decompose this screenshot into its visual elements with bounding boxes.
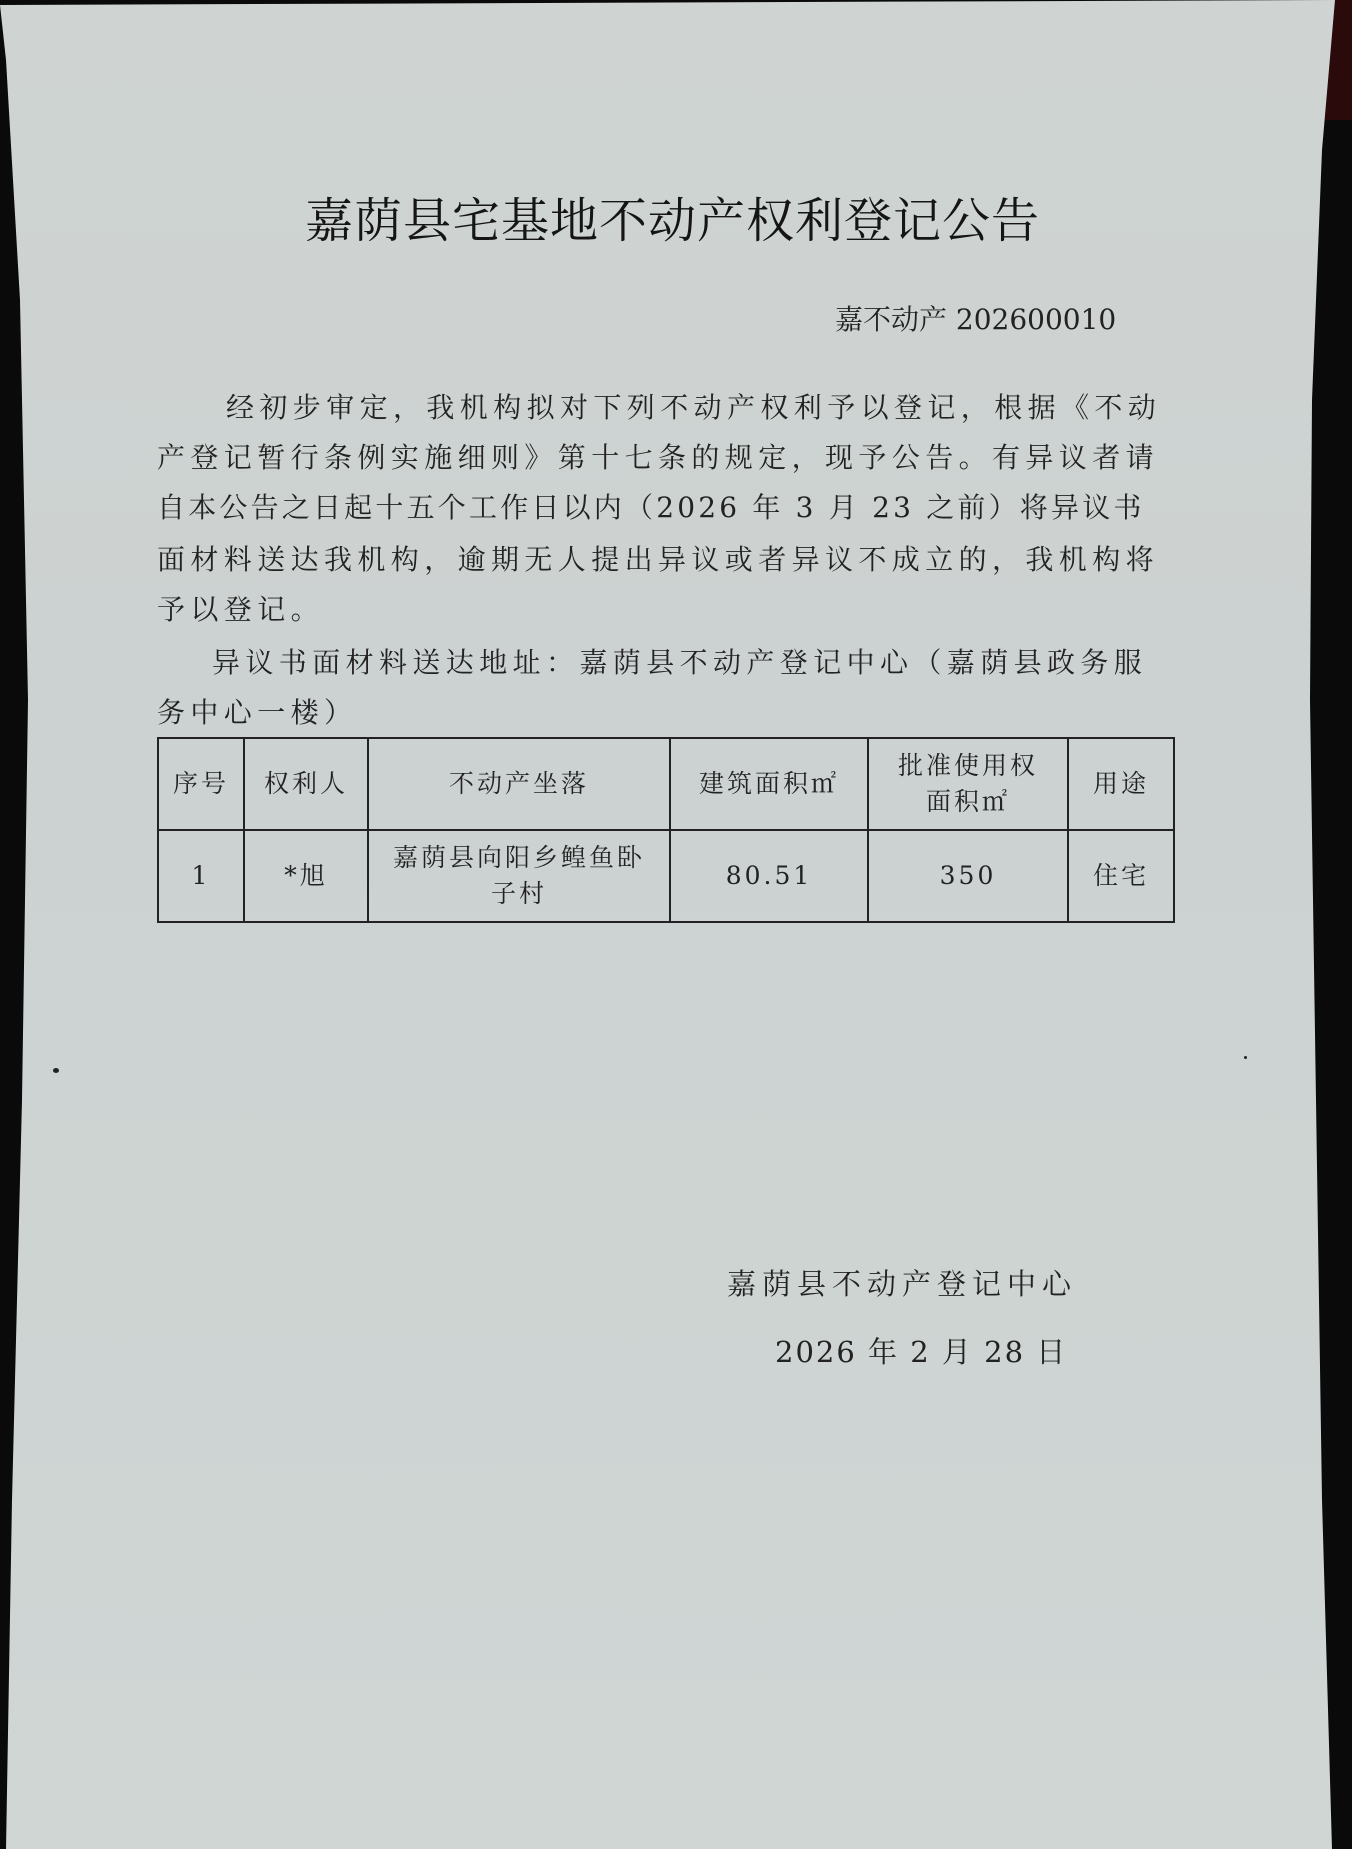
body-line: 自本公告之日起十五个工作日以内（2026 年 3 月 23 之前）将异议书 [157, 486, 1145, 526]
cell-building-area: 80.51 [670, 830, 868, 922]
address-line: 异议书面材料送达地址：嘉荫县不动产登记中心（嘉荫县政务服 [212, 641, 1147, 681]
table-row: 1 *旭 嘉荫县向阳乡鳇鱼卧 子村 80.51 350 住宅 [158, 830, 1174, 922]
cell-usage: 住宅 [1068, 830, 1174, 922]
body-line: 面材料送达我机构，逾期无人提出异议或者异议不成立的，我机构将 [157, 538, 1159, 578]
table-header-row: 序号 权利人 不动产坐落 建筑面积㎡ 批准使用权 面积㎡ 用途 [158, 738, 1174, 830]
document-title: 嘉荫县宅基地不动产权利登记公告 [305, 182, 1040, 251]
header-location: 不动产坐落 [368, 738, 670, 830]
registration-table: 序号 权利人 不动产坐落 建筑面积㎡ 批准使用权 面积㎡ 用途 1 *旭 嘉荫县… [157, 737, 1175, 923]
body-line: 予以登记。 [157, 588, 324, 628]
header-usage: 用途 [1068, 738, 1174, 830]
issuer-signature: 嘉荫县不动产登记中心 [727, 1262, 1077, 1303]
cell-location-line2: 子村 [369, 876, 669, 912]
body-line: 经初步审定，我机构拟对下列不动产权利予以登记，根据《不动 [226, 386, 1161, 426]
cell-location-line1: 嘉荫县向阳乡鳇鱼卧 [369, 840, 669, 876]
header-approved-area-line1: 批准使用权 [869, 748, 1067, 784]
notice-paper: 嘉荫县宅基地不动产权利登记公告 嘉不动产 202600010 经初步审定，我机构… [0, 0, 1352, 1849]
cell-location: 嘉荫县向阳乡鳇鱼卧 子村 [368, 830, 670, 922]
reference-number: 嘉不动产 202600010 [835, 298, 1116, 338]
paper-speck [53, 1068, 59, 1073]
address-line: 务中心一楼） [157, 691, 357, 731]
issue-date: 2026 年 2 月 28 日 [775, 1330, 1067, 1371]
header-approved-area: 批准使用权 面积㎡ [868, 738, 1068, 830]
header-approved-area-line2: 面积㎡ [869, 784, 1067, 820]
body-line: 产登记暂行条例实施细则》第十七条的规定，现予公告。有异议者请 [157, 436, 1159, 476]
header-holder: 权利人 [244, 738, 368, 830]
cell-holder: *旭 [244, 830, 368, 922]
header-seq: 序号 [158, 738, 244, 830]
header-building-area: 建筑面积㎡ [670, 738, 868, 830]
cell-seq: 1 [158, 830, 244, 922]
paper-speck [1244, 1056, 1247, 1059]
cell-approved-area: 350 [868, 830, 1068, 922]
